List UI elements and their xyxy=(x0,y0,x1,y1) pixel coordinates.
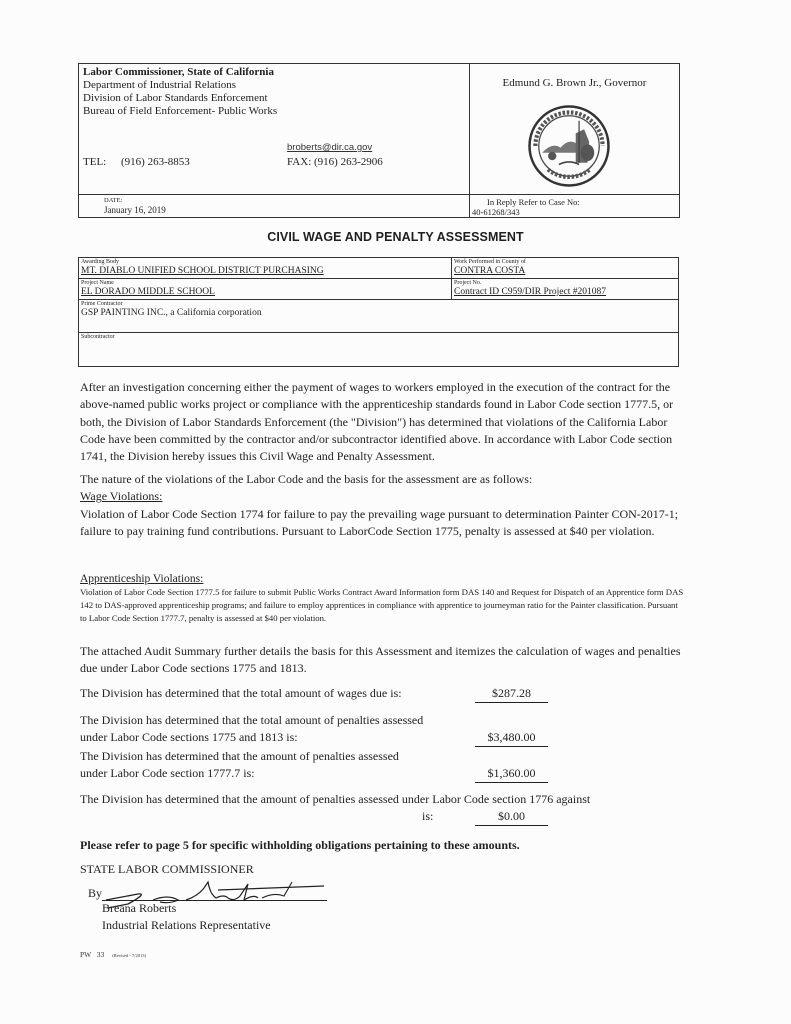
penalties-1777-row: The Division has determined that the amo… xyxy=(80,748,540,782)
date-cell: DATE: January 16, 2019 xyxy=(79,195,470,218)
awarding-body-label: Awarding Body xyxy=(81,258,451,266)
project-no-value: Contract ID C959/DIR Project #201087 xyxy=(454,287,678,298)
case-number: 40-61268/343 xyxy=(472,207,520,217)
apprenticeship-section: Apprenticeship Violations: Violation of … xyxy=(80,572,685,625)
penalties-1775-amount: $3,480.00 xyxy=(475,729,548,747)
wages-due-row: The Division has determined that the tot… xyxy=(80,685,540,702)
project-no-cell: Project No. Contract ID C959/DIR Project… xyxy=(452,279,678,299)
email-link[interactable]: broberts@dir.ca.gov xyxy=(287,142,372,153)
letterhead-box: Labor Commissioner, State of California … xyxy=(78,63,680,218)
penalties-1775-row: The Division has determined that the tot… xyxy=(80,712,540,746)
header-bottom-row: DATE: January 16, 2019 In Reply Refer to… xyxy=(79,194,679,217)
audit-paragraph: The attached Audit Summary further detai… xyxy=(80,643,685,678)
wages-due-amount: $287.28 xyxy=(475,685,548,703)
nature-intro: The nature of the violations of the Labo… xyxy=(80,471,685,488)
penalties-1775-label-2: under Labor Code sections 1775 and 1813 … xyxy=(80,729,540,746)
commissioner-title: STATE LABOR COMMISSIONER xyxy=(80,862,254,877)
bureau-name: Bureau of Field Enforcement- Public Work… xyxy=(83,105,277,118)
prime-contractor-value: GSP PAINTING INC., a California corporat… xyxy=(81,308,678,319)
department-name: Department of Industrial Relations xyxy=(83,79,277,92)
prime-contractor-label: Prime Contractor xyxy=(81,300,678,308)
form-number: PW 33 xyxy=(80,950,104,959)
county-label: Work Performed in County of xyxy=(454,258,678,266)
agency-block: Labor Commissioner, State of California … xyxy=(79,66,277,118)
division-name: Division of Labor Standards Enforcement xyxy=(83,92,277,105)
form-identifier: PW 33(Revised - 7/2013) xyxy=(80,950,146,959)
penalties-1776-row: The Division has determined that the amo… xyxy=(80,791,640,808)
signer-name: Breana Roberts xyxy=(102,901,176,916)
document-page: Labor Commissioner, State of California … xyxy=(0,0,791,1024)
withholding-note: Please refer to page 5 for specific with… xyxy=(80,838,520,853)
project-no-label: Project No. xyxy=(454,279,678,287)
subcontractor-label: Subcontractor xyxy=(81,333,678,341)
fax-number: FAX: (916) 263-2906 xyxy=(287,156,383,168)
project-row: Project Name EL DORADO MIDDLE SCHOOL Pro… xyxy=(79,279,678,300)
subcontractor-row: Subcontractor xyxy=(79,333,678,366)
wages-due-label: The Division has determined that the tot… xyxy=(80,685,540,702)
tel-label: TEL: xyxy=(83,156,121,168)
governor-panel: Edmund G. Brown Jr., Governor xyxy=(470,64,679,194)
penalties-1775-label-1: The Division has determined that the tot… xyxy=(80,712,540,729)
awarding-body-value: MT. DIABLO UNIFIED SCHOOL DISTRICT PURCH… xyxy=(81,266,451,277)
wage-violations-section: The nature of the violations of the Labo… xyxy=(80,471,685,540)
prime-contractor-row: Prime Contractor GSP PAINTING INC., a Ca… xyxy=(79,300,678,333)
case-label: In Reply Refer to Case No: xyxy=(487,197,580,207)
penalties-1776-label: The Division has determined that the amo… xyxy=(80,791,640,808)
penalties-1776-amount: $0.00 xyxy=(475,808,548,826)
wage-violations-text: Violation of Labor Code Section 1774 for… xyxy=(80,506,685,541)
penalties-1776-is: is: xyxy=(422,808,433,825)
agency-name: Labor Commissioner, State of California xyxy=(83,66,277,79)
california-state-seal-icon xyxy=(527,104,611,188)
subcontractor-cell: Subcontractor xyxy=(79,333,678,366)
signer-title: Industrial Relations Representative xyxy=(102,918,271,933)
agency-info: Labor Commissioner, State of California … xyxy=(79,64,470,194)
project-name-label: Project Name xyxy=(81,279,451,287)
awarding-body-cell: Awarding Body MT. DIABLO UNIFIED SCHOOL … xyxy=(79,258,452,278)
penalties-1777-label-2: under Labor Code section 1777.7 is: xyxy=(80,765,540,782)
case-cell: In Reply Refer to Case No: 40-61268/343 xyxy=(470,195,679,218)
county-value: CONTRA COSTA xyxy=(454,266,678,277)
project-name-cell: Project Name EL DORADO MIDDLE SCHOOL xyxy=(79,279,452,299)
apprenticeship-heading: Apprenticeship Violations: xyxy=(80,572,685,586)
project-info-table: Awarding Body MT. DIABLO UNIFIED SCHOOL … xyxy=(78,257,679,367)
penalties-1777-amount: $1,360.00 xyxy=(475,765,548,783)
telephone: TEL:(916) 263-8853 xyxy=(83,156,190,168)
county-cell: Work Performed in County of CONTRA COSTA xyxy=(452,258,678,278)
document-title: CIVIL WAGE AND PENALTY ASSESSMENT xyxy=(0,230,791,244)
project-name-value: EL DORADO MIDDLE SCHOOL xyxy=(81,287,451,298)
apprenticeship-text: Violation of Labor Code Section 1777.5 f… xyxy=(80,586,685,625)
wage-violations-heading: Wage Violations: xyxy=(80,488,685,505)
date-label: DATE: xyxy=(104,197,122,204)
governor-name: Edmund G. Brown Jr., Governor xyxy=(470,77,679,89)
date-value: January 16, 2019 xyxy=(104,205,166,215)
form-revision: (Revised - 7/2013) xyxy=(112,953,146,958)
tel-value: (916) 263-8853 xyxy=(121,156,190,168)
intro-paragraph: After an investigation concerning either… xyxy=(80,379,685,465)
awarding-body-row: Awarding Body MT. DIABLO UNIFIED SCHOOL … xyxy=(79,258,678,279)
prime-contractor-cell: Prime Contractor GSP PAINTING INC., a Ca… xyxy=(79,300,678,332)
penalties-1777-label-1: The Division has determined that the amo… xyxy=(80,748,540,765)
